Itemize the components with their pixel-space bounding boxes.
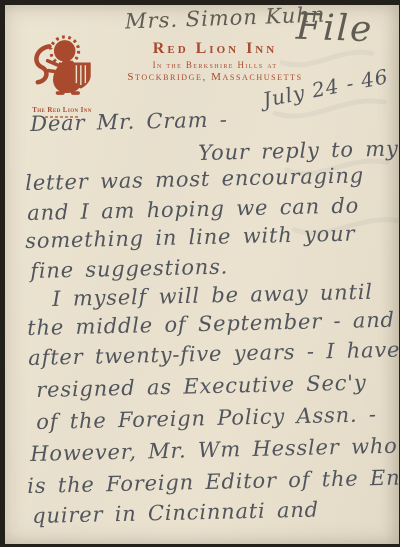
salutation-line: Dear Mr. Cram - [30,108,228,136]
handwritten-file-note: File [295,7,374,51]
scanned-letter-photo: The Red Lion Inn Red Lion Inn In the Ber… [0,0,400,547]
body-line: fine suggestions. [30,255,228,283]
letterhead-tagline-1: In the Berkshire Hills at [30,60,400,70]
body-line: Your reply to my [198,136,399,165]
